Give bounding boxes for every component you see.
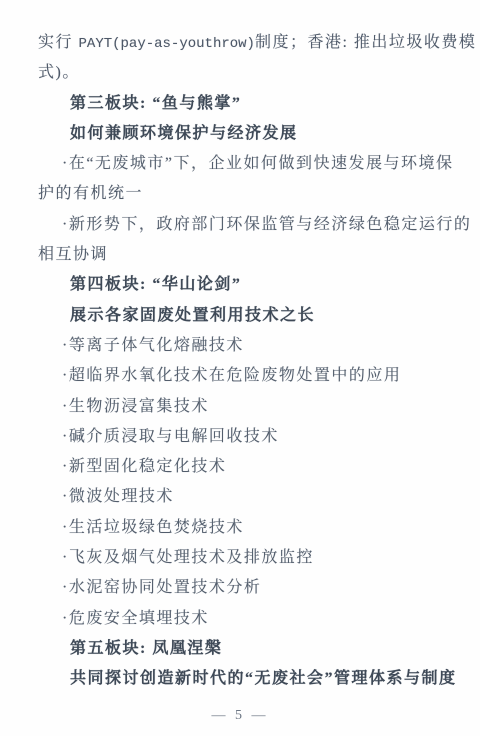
section-4-subheading: 展示各家固废处置利用技术之长 [38, 301, 450, 331]
bullet-item: ·水泥窑协同处置技术分析 [38, 573, 450, 603]
section-5-subheading: 共同探讨创造新时代的“无废社会”管理体系与制度 [38, 664, 450, 694]
doc-line-continuation: 相互协调 [38, 240, 450, 270]
bullet-item: ·碱介质浸取与电解回收技术 [38, 422, 450, 452]
bullet-item: ·超临界水氧化技术在危险废物处置中的应用 [38, 361, 450, 391]
section-3-subheading: 如何兼顾环境保护与经济发展 [38, 119, 450, 149]
document-page: 实行 PAYT(pay-as-youthrow)制度；香港: 推出垃圾收费模 式… [0, 0, 480, 736]
bullet-item: ·飞灰及烟气处理技术及排放监控 [38, 543, 450, 573]
bullet-item: ·生物沥浸富集技术 [38, 392, 450, 422]
bullet-item: ·生活垃圾绿色焚烧技术 [38, 513, 450, 543]
bullet-item: ·危废安全填埋技术 [38, 604, 450, 634]
doc-line-continuation: 式)。 [38, 58, 450, 88]
doc-line-payt-post: 制度；香港: 推出垃圾收费模 [255, 34, 476, 51]
section-3-heading: 第三板块: “鱼与熊掌” [38, 89, 450, 119]
bullet-item: ·微波处理技术 [38, 482, 450, 512]
doc-line-continuation: 护的有机统一 [38, 179, 450, 209]
doc-line-payt-pre: 实行 [38, 34, 79, 51]
section-5-heading: 第五板块: 凤凰涅槃 [38, 634, 450, 664]
bullet-item: ·新形势下，政府部门环保监管与经济绿色稳定运行的 [38, 210, 450, 240]
bullet-item: ·等离子体气化熔融技术 [38, 331, 450, 361]
section-4-heading: 第四板块: “华山论剑” [38, 270, 450, 300]
doc-line-payt-latin: PAYT(pay-as-youthrow) [79, 36, 255, 52]
document-body: 实行 PAYT(pay-as-youthrow)制度；香港: 推出垃圾收费模 式… [38, 28, 450, 695]
bullet-item: ·新型固化稳定化技术 [38, 452, 450, 482]
bullet-item: ·在“无废城市”下，企业如何做到快速发展与环境保 [38, 149, 450, 179]
page-number: — 5 — [0, 708, 480, 724]
doc-line-payt: 实行 PAYT(pay-as-youthrow)制度；香港: 推出垃圾收费模 [38, 28, 450, 58]
